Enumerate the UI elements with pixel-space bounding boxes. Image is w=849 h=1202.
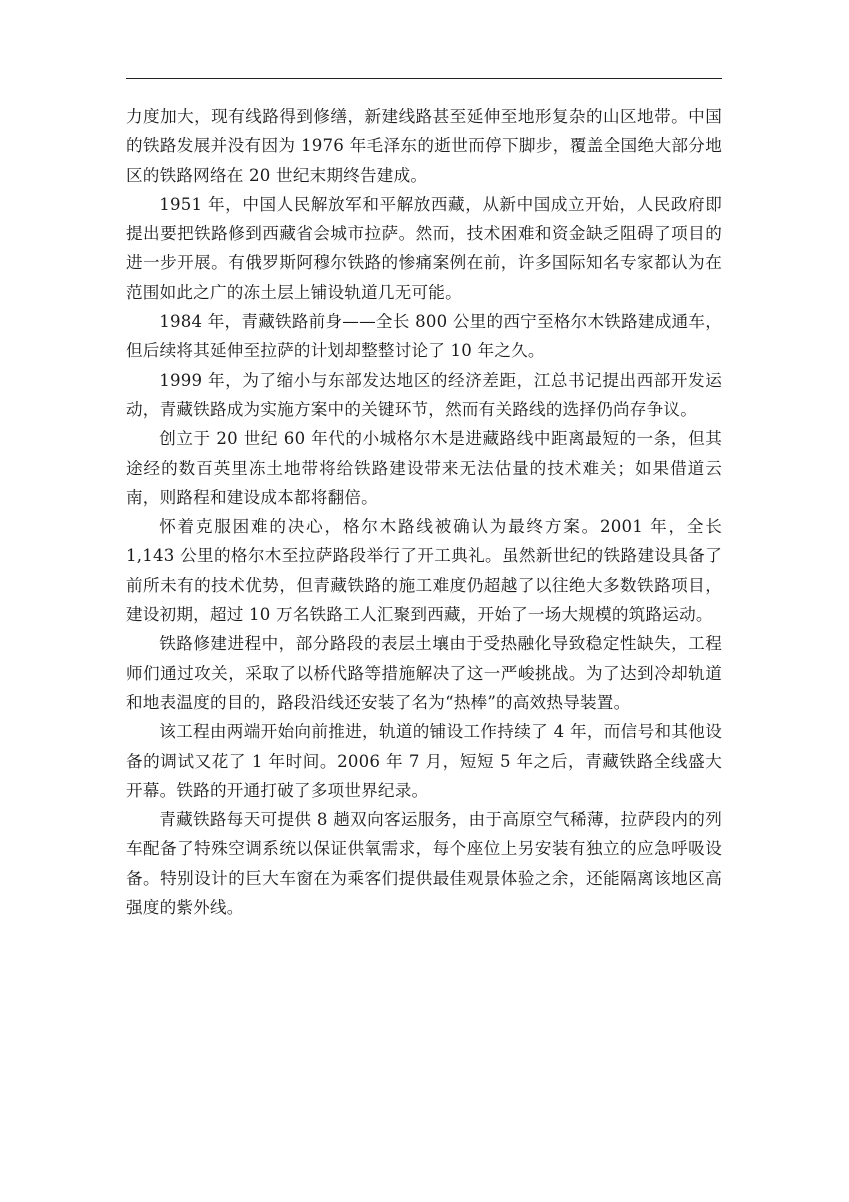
paragraph-3: 1984 年，青藏铁路前身——全长 800 公里的西宁至格尔木铁路建成通车，但后…	[126, 307, 722, 366]
paragraph-5: 创立于 20 世纪 60 年代的小城格尔木是进藏路线中距离最短的一条，但其途经的…	[126, 424, 722, 512]
paragraph-4: 1999 年，为了缩小与东部发达地区的经济差距，江总书记提出西部开发运动，青藏铁…	[126, 366, 722, 425]
paragraph-9: 青藏铁路每天可提供 8 趟双向客运服务，由于高原空气稀薄，拉萨段内的列车配备了特…	[126, 805, 722, 922]
paragraph-6: 怀着克服困难的决心，格尔木路线被确认为最终方案。2001 年，全长 1,143 …	[126, 512, 722, 629]
document-body: 力度加大，现有线路得到修缮，新建线路甚至延伸至地形复杂的山区地带。中国的铁路发展…	[126, 102, 722, 922]
header-rule-divider	[126, 78, 722, 79]
paragraph-2: 1951 年，中国人民解放军和平解放西藏，从新中国成立开始，人民政府即提出要把铁…	[126, 190, 722, 307]
paragraph-1: 力度加大，现有线路得到修缮，新建线路甚至延伸至地形复杂的山区地带。中国的铁路发展…	[126, 102, 722, 190]
paragraph-8: 该工程由两端开始向前推进，轨道的铺设工作持续了 4 年，而信号和其他设备的调试又…	[126, 717, 722, 805]
paragraph-7: 铁路修建进程中，部分路段的表层土壤由于受热融化导致稳定性缺失，工程师们通过攻关，…	[126, 629, 722, 717]
